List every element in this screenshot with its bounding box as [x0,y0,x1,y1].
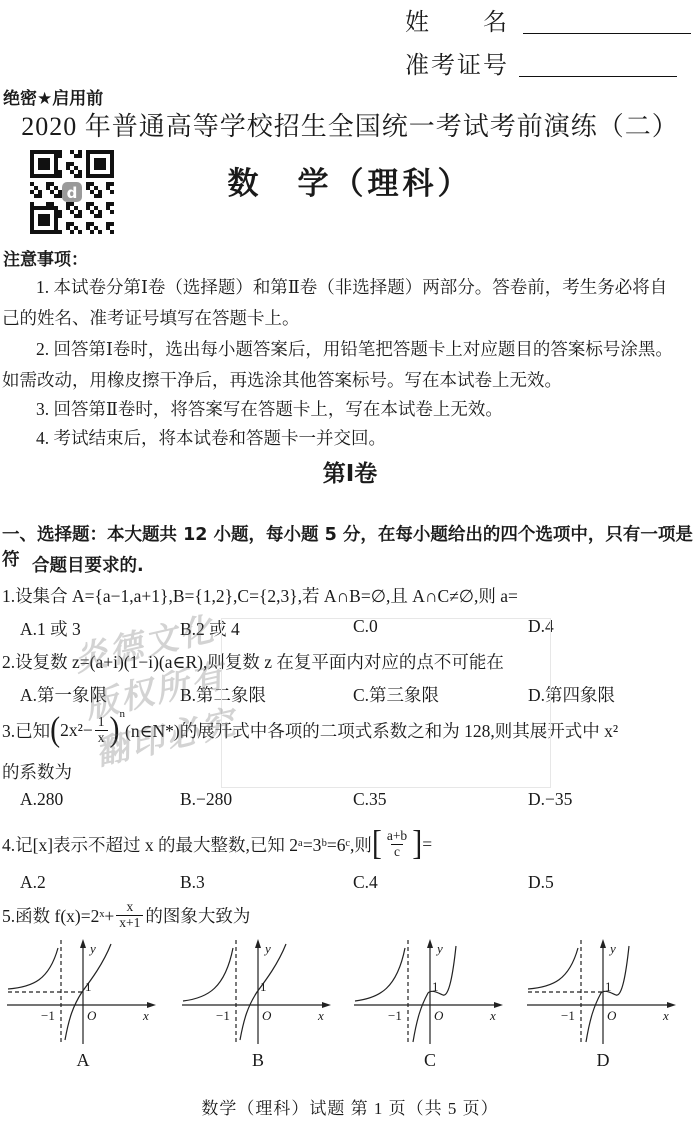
notice-line: 己的姓名、准考证号填写在答题卡上。 [2,305,694,330]
x-tick-label: −1 [388,1008,402,1023]
stem-text: 4.记[x]表示不超过 x 的最大整数,已知 2ᵃ=3ᵇ=6ᶜ,则 [2,832,372,857]
fraction-numerator: x [123,900,136,914]
x-tick-label: −1 [216,1008,230,1023]
x-tick-label: −1 [41,1008,55,1023]
option-A: A.280 [20,789,63,810]
fraction-numerator: a+b [384,829,410,843]
stem-text: 5.函数 f(x)=2ˣ+ [2,903,114,928]
graph-choice-label: D [591,1050,615,1071]
origin-label: O [262,1008,272,1023]
x-axis-label: x [662,1008,669,1023]
y-axis-label: y [263,941,271,956]
stem-text: 1.设集合 A={a−1,a+1},B={1,2},C={2,3},若 A∩B=… [2,583,518,608]
y-tick-label: 1 [432,979,439,994]
stem-text: 2x²− [60,720,93,741]
answer-graph-A: yxO−11 [5,936,165,1050]
answer-graph-B: yxO−11 [180,936,340,1050]
answer-graph-C: yxO−11 [352,936,512,1050]
question-1-stem: 1.设集合 A={a−1,a+1},B={1,2},C={2,3},若 A∩B=… [2,583,698,607]
fraction: xx+1 [116,900,143,929]
name-field-row: 姓名 [405,2,691,37]
graph-choice-label: A [71,1050,95,1071]
origin-label: O [607,1008,617,1023]
y-tick-label: 1 [605,979,612,994]
big-delimiter: ( [50,713,60,748]
option-D: D.5 [528,872,554,893]
y-tick-label: 1 [260,979,267,994]
question-5-stem: 5.函数 f(x)=2ˣ+xx+1的图象大致为 [2,894,698,936]
option-B: B.−280 [180,789,232,810]
x-tick-label: −1 [561,1008,575,1023]
exam-title: 2020 年普通高等学校招生全国统一考试考前演练（二） [0,106,700,143]
graph-choice-label: C [418,1050,442,1071]
notice-line: 1. 本试卷分第Ⅰ卷（选择题）和第Ⅱ卷（非选择题）两部分。答卷前，考生务必将自 [2,274,700,299]
function-graph-plot: yxO−11 [180,936,340,1050]
name-label: 姓 [405,10,431,36]
fraction-denominator: x+1 [116,915,143,930]
section-heading-line2: 合题目要求的. [2,552,700,577]
exam-id-label: 准考证号 [405,53,509,79]
subject-title: 数 学（理科） [0,158,700,203]
exam-paper-page: { "header": { "name_label_1": "姓", "name… [0,0,700,1134]
exam-id-field-row: 准考证号 [405,45,677,80]
name-blank-line [523,9,691,34]
part-title: 第Ⅰ卷 [0,455,700,488]
option-C: C.4 [353,872,378,893]
stem-text: 3.已知 [2,718,50,743]
graph-choice-label: B [246,1050,270,1071]
option-C: C.35 [353,789,387,810]
answer-graph-D: yxO−11 [525,936,685,1050]
y-axis-label: y [435,941,443,956]
origin-label: O [434,1008,444,1023]
option-A: A.2 [20,872,46,893]
x-axis-label: x [142,1008,149,1023]
page-footer: 数学（理科）试题 第 1 页（共 5 页） [0,1094,700,1119]
notice-line: 3. 回答第Ⅱ卷时，将答案写在答题卡上，写在本试卷上无效。 [2,396,700,421]
question-4-stem: 4.记[x]表示不超过 x 的最大整数,已知 2ᵃ=3ᵇ=6ᶜ,则[a+bc]= [2,820,698,868]
watermark-box [221,618,551,788]
y-axis-label: y [608,941,616,956]
fraction: a+bc [384,829,410,858]
big-delimiter: ] [412,827,422,862]
function-graph-plot: yxO−11 [5,936,165,1050]
function-graph-plot: yxO−11 [525,936,685,1050]
notice-line: 4. 考试结束后，将本试卷和答题卡一并交回。 [2,425,700,450]
x-axis-label: x [317,1008,324,1023]
question-4-options: A.2B.3C.4D.5 [0,872,700,896]
function-graph-plot: yxO−11 [352,936,512,1050]
name-label-2: 名 [483,10,509,36]
fraction-denominator: c [391,844,403,859]
notice-heading: 注意事项： [3,245,88,270]
notice-line: 如需改动，用橡皮擦干净后，再选涂其他答案标号。写在本试卷上无效。 [2,367,694,392]
option-D: D.−35 [528,789,572,810]
origin-label: O [87,1008,97,1023]
exam-id-blank-line [519,52,677,77]
option-B: B.3 [180,872,205,893]
notice-line: 2. 回答第Ⅰ卷时，选出每小题答案后，用铅笔把答题卡上对应题目的答案标号涂黑。 [2,336,700,361]
y-axis-label: y [88,941,96,956]
y-tick-label: 1 [85,979,92,994]
stem-text: = [422,834,432,855]
x-axis-label: x [489,1008,496,1023]
stem-text: 的图象大致为 [145,903,250,928]
question-3-options: A.280B.−280C.35D.−35 [0,789,700,813]
big-delimiter: [ [372,827,382,862]
